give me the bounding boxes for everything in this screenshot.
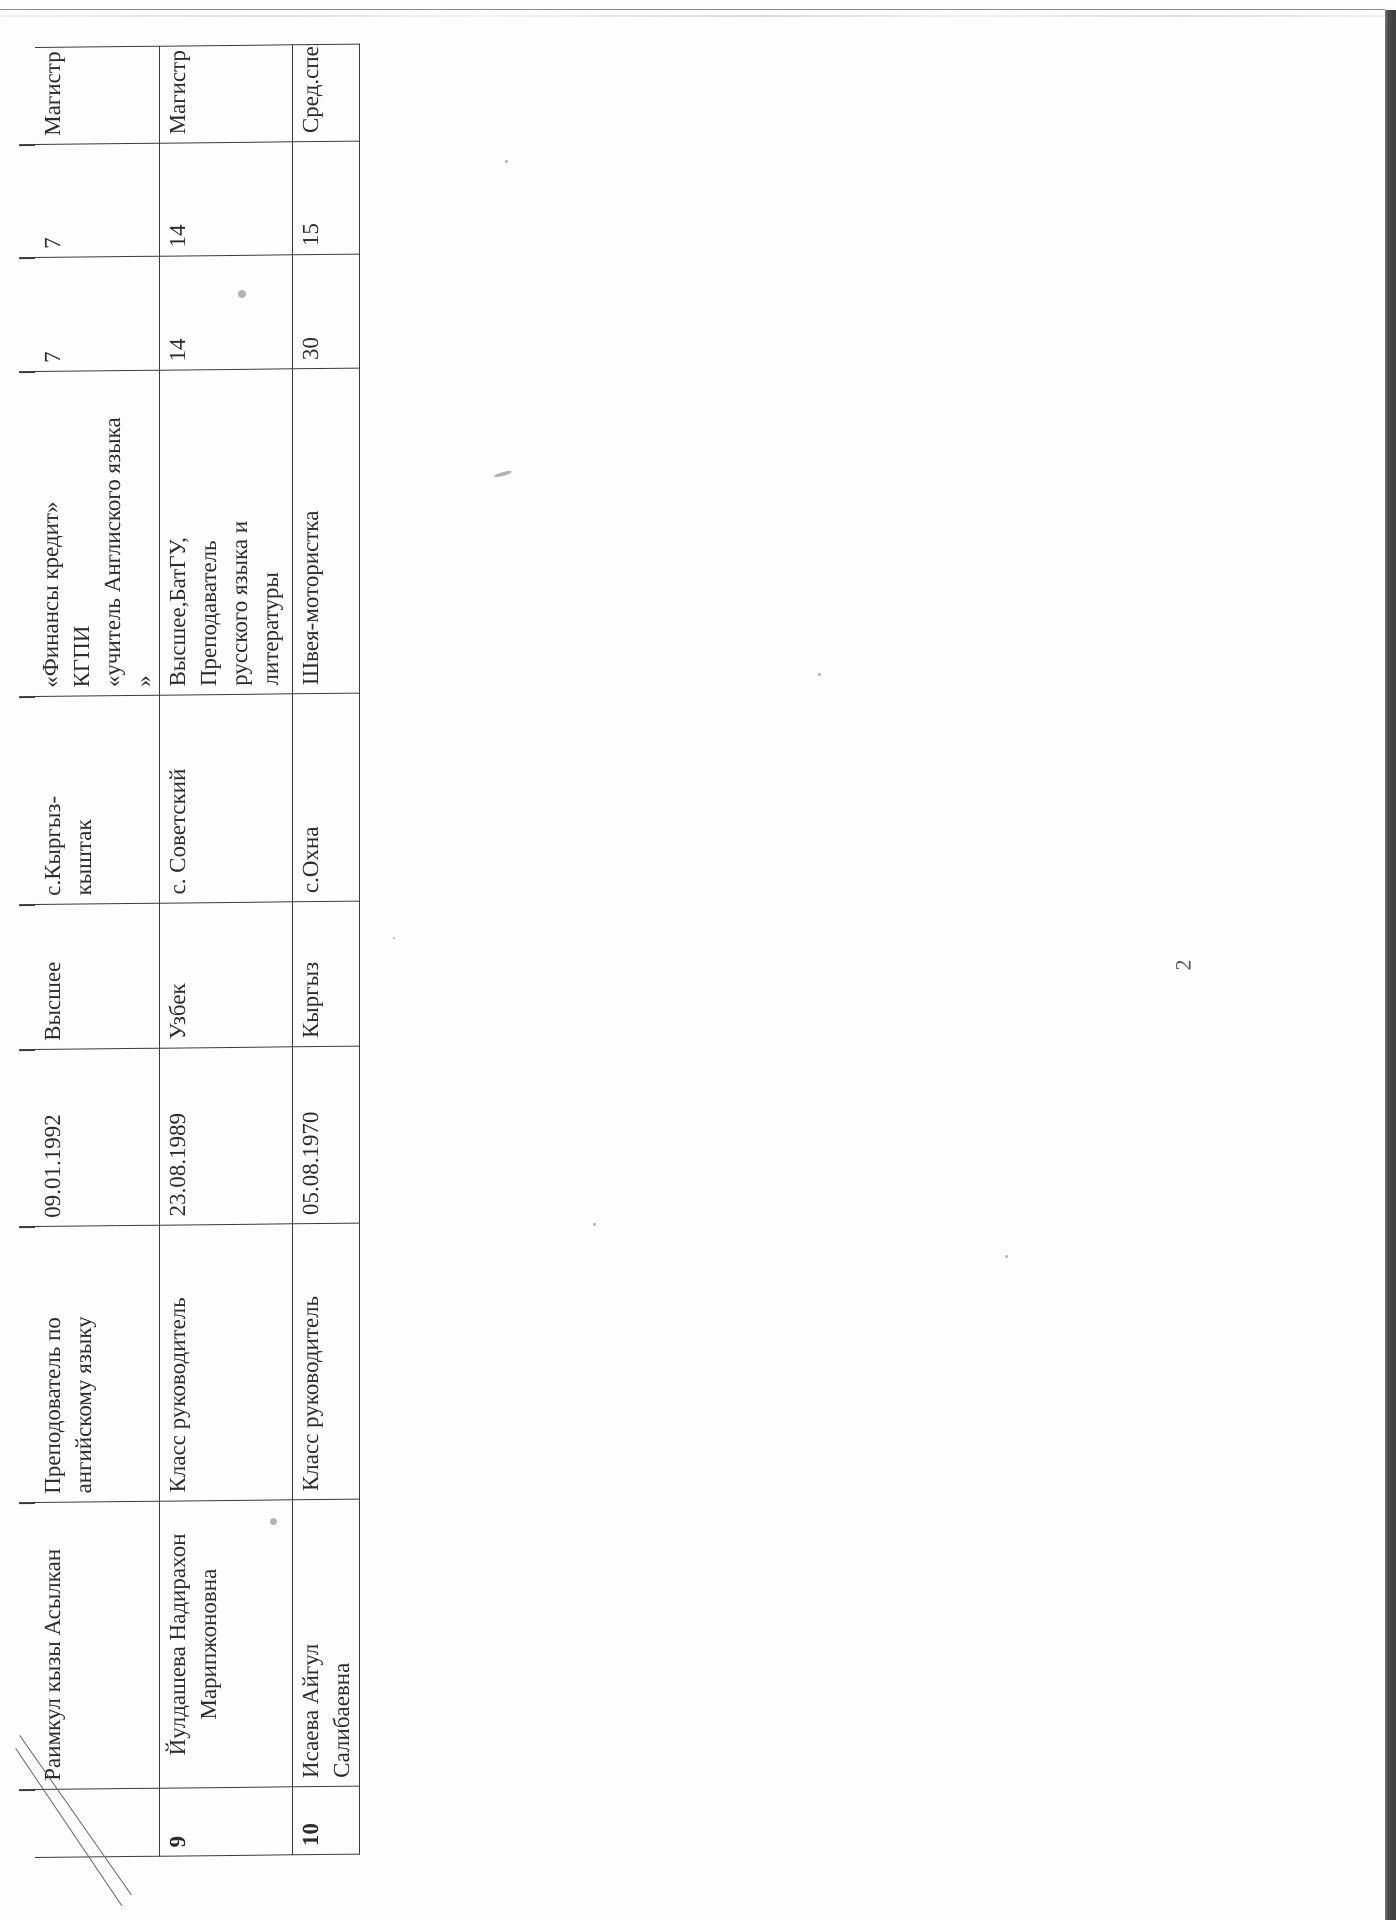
exp-ped-cell: 7 xyxy=(35,143,160,257)
nationality-cell: Кыргыз xyxy=(293,901,360,1047)
page-number: 2 xyxy=(1171,960,1197,971)
exp-total-cell: 14 xyxy=(160,255,293,370)
birthplace-cell: с. Советский xyxy=(160,694,293,903)
category-cell: Магистр xyxy=(35,46,160,144)
exp-total-cell: 7 xyxy=(35,256,160,371)
scan-top-shadow xyxy=(0,15,1385,17)
row-number-cell: 9 xyxy=(160,1787,293,1856)
position-cell: Преподователь по ангийскому языку xyxy=(35,1225,160,1502)
name-cell: Йулдашева Надирахон Марипжоновна xyxy=(160,1500,293,1788)
nationality-cell: Высшее xyxy=(35,903,160,1049)
column-line-extension xyxy=(19,1050,35,1052)
table-row-8: Раимкул кызы Асылкан Преподователь по ан… xyxy=(35,46,160,1857)
scan-speck xyxy=(494,470,512,479)
staff-table-rotated: Раимкул кызы Асылкан Преподователь по ан… xyxy=(35,45,335,1858)
education-cell: «Финансы кредит»КГПИ «учитель Англиского… xyxy=(35,370,160,696)
dob-cell: 23.08.1989 xyxy=(160,1047,293,1225)
scan-speck xyxy=(505,160,508,163)
dob-cell: 09.01.1992 xyxy=(35,1048,160,1226)
exp-ped-cell: 14 xyxy=(160,142,293,256)
name-cell: Раимкул кызы Асылкан xyxy=(35,1501,160,1789)
education-text: КГПИ «учитель Англиского языка » xyxy=(69,417,156,687)
row-number-cell: 10 xyxy=(293,1786,360,1855)
table-row-9: 9 Йулдашева Надирахон Марипжоновна Класс… xyxy=(160,45,293,1856)
exp-ped-cell: 15 xyxy=(293,141,360,255)
category-cell: Магистр xyxy=(160,45,293,143)
nationality-cell: Узбек xyxy=(160,902,293,1048)
position-cell: Класс руководитель xyxy=(160,1224,293,1501)
education-cell: Швея-мотористка xyxy=(293,368,360,694)
column-line-extension xyxy=(19,697,35,699)
column-line-extension xyxy=(19,1790,35,1792)
name-cell: Исаева Айгул Салибаевна xyxy=(293,1499,360,1787)
scan-speck xyxy=(238,290,246,298)
dob-cell: 05.08.1970 xyxy=(293,1046,360,1224)
staff-table: Раимкул кызы Асылкан Преподователь по ан… xyxy=(35,44,360,1858)
education-prev-line: «Финансы кредит» xyxy=(35,380,66,688)
scan-speck xyxy=(270,1518,277,1525)
column-line-extension xyxy=(19,1503,35,1505)
exp-total-cell: 30 xyxy=(293,254,360,369)
birthplace-cell: с.Кыргыз- кыштак xyxy=(35,695,160,904)
scan-speck xyxy=(818,673,821,676)
scan-right-edge xyxy=(1385,10,1396,1920)
category-cell: Сред.спец xyxy=(293,44,360,142)
table-row-10: 10 Исаева Айгул Салибаевна Класс руковод… xyxy=(293,44,360,1855)
education-cell: Высшее,БатГУ, Преподаватель русского язы… xyxy=(160,369,293,695)
birthplace-cell: с.Охна xyxy=(293,693,360,902)
position-cell: Класс руководитель xyxy=(293,1223,360,1500)
column-line-extension xyxy=(19,1227,35,1229)
column-line-extension xyxy=(19,905,35,907)
column-line-extension xyxy=(19,372,35,374)
column-line-extension xyxy=(19,258,35,260)
scan-speck xyxy=(593,1223,596,1226)
scan-top-border xyxy=(0,9,1385,10)
scan-speck xyxy=(393,937,395,939)
scan-speck xyxy=(1005,1255,1008,1258)
column-line-extension xyxy=(19,145,35,147)
